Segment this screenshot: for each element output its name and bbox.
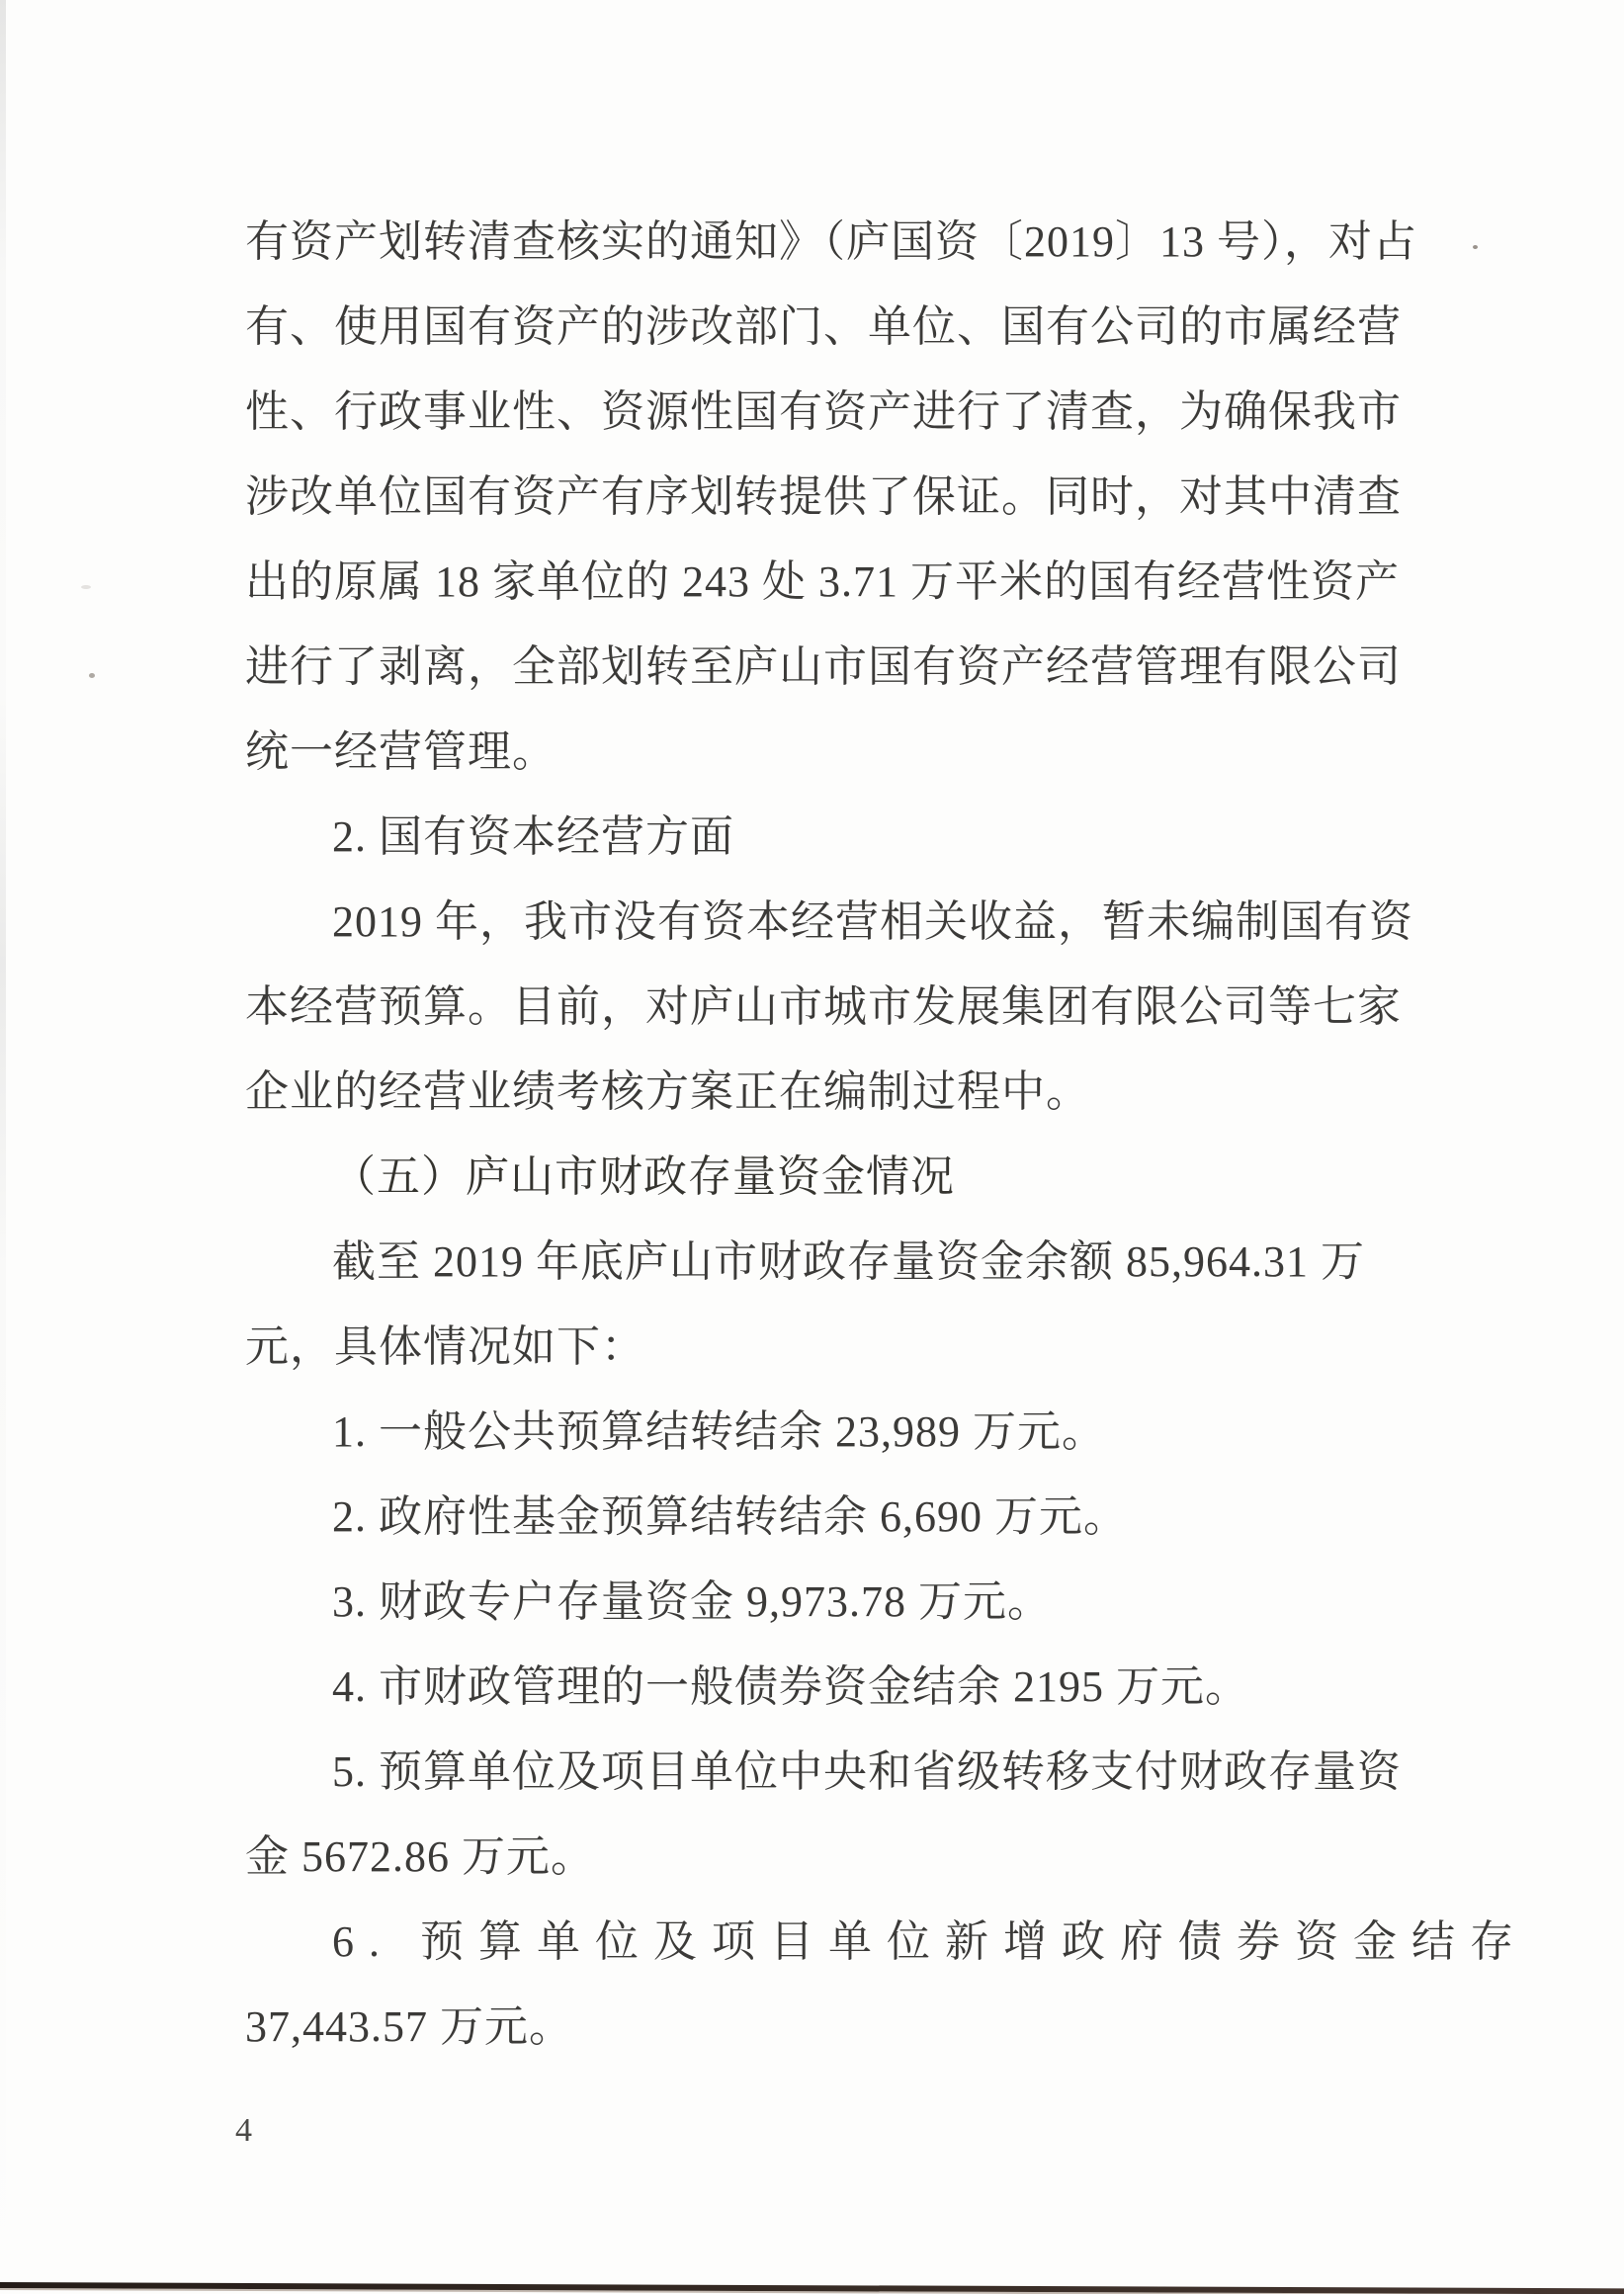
text-line: 截至 2019 年底庐山市财政存量资金余额 85,964.31 万 [245, 1220, 1382, 1305]
text-line-subheading: 2. 国有资本经营方面 [245, 795, 1382, 880]
list-item: 6. 预算单位及项目单位新增政府债券资金结存 [245, 1900, 1382, 1985]
list-item: 2. 政府性基金预算结转结余 6,690 万元。 [245, 1475, 1382, 1560]
text-line: 有、使用国有资产的涉改部门、单位、国有公司的市属经营 [245, 285, 1382, 370]
scan-left-edge-shade [0, 0, 6, 2294]
list-item: 3. 财政专户存量资金 9,973.78 万元。 [245, 1560, 1382, 1645]
list-item-continuation: 金 5672.86 万元。 [245, 1815, 1382, 1900]
text-line: 进行了剥离，全部划转至庐山市国有资产经营管理有限公司 [245, 625, 1382, 710]
page-number: 4 [235, 2111, 252, 2151]
list-item: 4. 市财政管理的一般债券资金结余 2195 万元。 [245, 1645, 1382, 1730]
text-line: 元，具体情况如下： [245, 1305, 1382, 1390]
section-heading: （五）庐山市财政存量资金情况 [245, 1135, 1382, 1220]
text-line: 统一经营管理。 [245, 710, 1382, 795]
text-line: 有资产划转清查核实的通知》（庐国资〔2019〕13 号），对占 [245, 200, 1382, 285]
scan-bottom-edge-line [0, 2282, 1624, 2294]
text-line: 出的原属 18 家单位的 243 处 3.71 万平米的国有经营性资产 [245, 540, 1382, 625]
list-item: 1. 一般公共预算结转结余 23,989 万元。 [245, 1390, 1382, 1475]
text-line: 性、行政事业性、资源性国有资产进行了清查，为确保我市 [245, 370, 1382, 455]
text-line: 2019 年，我市没有资本经营相关收益，暂未编制国有资 [245, 880, 1382, 965]
text-line: 涉改单位国有资产有序划转提供了保证。同时，对其中清查 [245, 455, 1382, 540]
document-page: 有资产划转清查核实的通知》（庐国资〔2019〕13 号），对占 有、使用国有资产… [0, 0, 1624, 2294]
list-item: 5. 预算单位及项目单位中央和省级转移支付财政存量资 [245, 1730, 1382, 1815]
text-block: 有资产划转清查核实的通知》（庐国资〔2019〕13 号），对占 有、使用国有资产… [245, 200, 1382, 2070]
scan-speck [81, 585, 91, 589]
scan-speck [1473, 245, 1478, 249]
text-line: 本经营预算。目前，对庐山市城市发展集团有限公司等七家 [245, 965, 1382, 1050]
scan-speck [89, 673, 95, 678]
list-item-continuation: 37,443.57 万元。 [245, 1985, 1382, 2070]
text-line: 企业的经营业绩考核方案正在编制过程中。 [245, 1050, 1382, 1135]
